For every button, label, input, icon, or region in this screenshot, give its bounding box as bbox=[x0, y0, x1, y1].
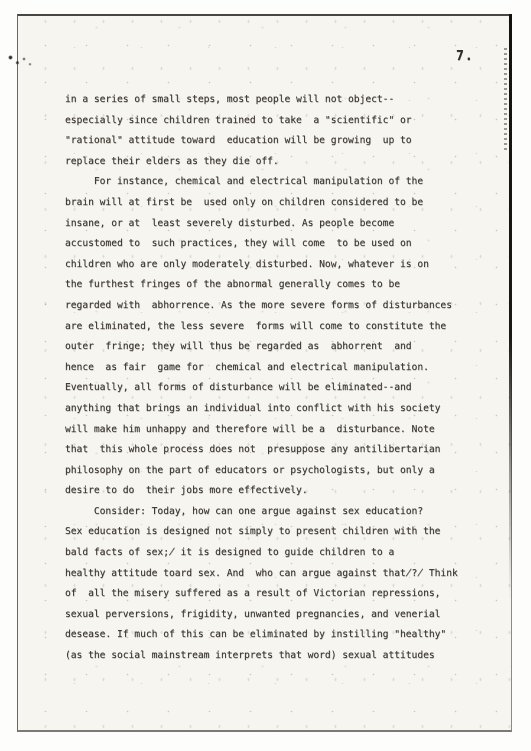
text-line: insane, or at least severely disturbed. … bbox=[65, 214, 489, 235]
text-line: that this whole process does not presupp… bbox=[65, 440, 489, 461]
text-line: of all the misery suffered as a result o… bbox=[65, 584, 489, 605]
text-line: For instance, chemical and electrical ma… bbox=[65, 172, 489, 193]
text-line: especially since children trained to tak… bbox=[65, 111, 489, 132]
scanned-page: 7. in a series of small steps, most peop… bbox=[17, 14, 512, 732]
text-line: brain will at first be used only on chil… bbox=[65, 193, 489, 214]
text-line: sexual perversions, frigidity, unwanted … bbox=[65, 605, 489, 626]
text-line: anything that brings an individual into … bbox=[65, 399, 489, 420]
text-line: "rational" attitude toward education wil… bbox=[65, 131, 489, 152]
text-line: children who are only moderately disturb… bbox=[65, 255, 489, 276]
text-line: outer fringe; they will thus be regarded… bbox=[65, 337, 489, 358]
scan-edge-line bbox=[509, 14, 512, 600]
text-line: Sex education is designed not simply to … bbox=[65, 522, 489, 543]
text-line: hence as fair game for chemical and elec… bbox=[65, 358, 489, 379]
text-line: philosophy on the part of educators or p… bbox=[65, 461, 489, 482]
text-line: Consider: Today, how can one argue again… bbox=[65, 502, 489, 523]
text-line: regarded with abhorrence. As the more se… bbox=[65, 296, 489, 317]
scan-edge-marks bbox=[504, 48, 507, 152]
typewritten-text: in a series of small steps, most people … bbox=[65, 90, 489, 667]
text-line: desire to do their jobs more effectively… bbox=[65, 481, 489, 502]
scan-background: 7. in a series of small steps, most peop… bbox=[0, 0, 531, 751]
text-line: (as the social mainstream interprets tha… bbox=[65, 646, 489, 667]
text-line: the furthest fringes of the abnormal gen… bbox=[65, 275, 489, 296]
page-number: 7. bbox=[456, 49, 474, 64]
text-line: will make him unhappy and therefore will… bbox=[65, 420, 489, 441]
text-line: are eliminated, the less severe forms wi… bbox=[65, 317, 489, 338]
text-line: in a series of small steps, most people … bbox=[65, 90, 489, 111]
text-line: desease. If much of this can be eliminat… bbox=[65, 625, 489, 646]
smudge-mark bbox=[6, 53, 36, 68]
text-line: Eventually, all forms of disturbance wil… bbox=[65, 378, 489, 399]
text-line: healthy attitude toard sex. And who can … bbox=[65, 564, 489, 585]
text-line: replace their elders as they die off. bbox=[65, 152, 489, 173]
text-line: bald facts of sex;̸ it is designed to gu… bbox=[65, 543, 489, 564]
text-line: accustomed to such practices, they will … bbox=[65, 234, 489, 255]
